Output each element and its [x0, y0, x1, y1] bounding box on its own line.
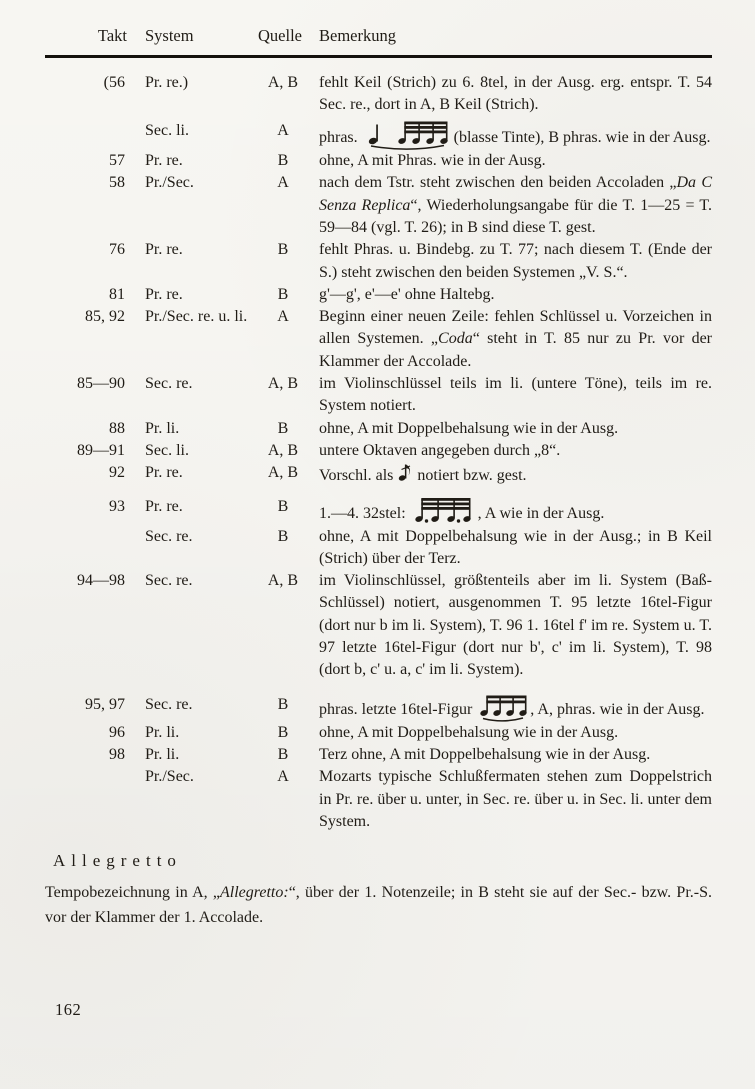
takt-cell: 85—90: [45, 373, 135, 418]
beamed-16ths-slur-figure: [478, 694, 528, 722]
system-cell: Pr. re.: [135, 462, 253, 487]
bemerkung-text: fehlt Phras. u. Bindebg. zu T. 77; nach …: [319, 241, 712, 280]
system-cell: Pr. re.: [135, 284, 253, 306]
takt-cell: 95, 97: [45, 694, 135, 722]
quelle-cell: B: [253, 150, 313, 172]
table-row: 95, 97Sec. re.Bphras. letzte 16tel-Figur…: [45, 694, 712, 722]
column-header-takt: Takt: [45, 26, 135, 46]
bemerkung-text: ohne, A mit Doppelbehalsung wie in der A…: [319, 528, 712, 567]
bemerkung-text: Terz ohne, A mit Doppelbehalsung wie in …: [319, 746, 650, 763]
quelle-cell: A, B: [253, 440, 313, 462]
system-cell: Pr. li.: [135, 722, 253, 744]
table-row: 76Pr. re.Bfehlt Phras. u. Bindebg. zu T.…: [45, 239, 712, 284]
system-cell: Pr./Sec.: [135, 766, 253, 833]
takt-cell: 93: [45, 496, 135, 526]
bemerkung-text: phras.: [319, 129, 362, 146]
table-row: 93Pr. re.B1.—4. 32stel: , A wie in der A…: [45, 496, 712, 526]
system-cell: Sec. re.: [135, 570, 253, 681]
bemerkung-cell: Vorschl. als notiert bzw. gest.: [313, 462, 712, 487]
bemerkung-cell: im Violinschlüssel, größtenteils aber im…: [313, 570, 712, 681]
header-rule: [45, 55, 712, 58]
takt-cell: 89—91: [45, 440, 135, 462]
column-header-bemerkung: Bemerkung: [313, 26, 712, 46]
quelle-cell: B: [253, 722, 313, 744]
bemerkung-text: im Violinschlüssel, größtenteils aber im…: [319, 572, 712, 678]
bemerkung-cell: g'—g', e'—e' ohne Haltebg.: [313, 284, 712, 306]
bemerkung-cell: Beginn einer neuen Zeile: fehlen Schlüss…: [313, 306, 712, 373]
system-cell: Pr./Sec. re. u. li.: [135, 306, 253, 373]
section-heading-allegretto: Allegretto: [53, 850, 712, 872]
quelle-cell: A: [253, 306, 313, 373]
bemerkung-text: Vorschl. als: [319, 467, 397, 484]
quelle-cell: A, B: [253, 373, 313, 418]
takt-cell: 96: [45, 722, 135, 744]
table-row: 81Pr. re.Bg'—g', e'—e' ohne Haltebg.: [45, 284, 712, 306]
system-cell: Pr./Sec.: [135, 172, 253, 239]
bemerkung-text: notiert bzw. gest.: [413, 467, 526, 484]
system-cell: Pr. li.: [135, 744, 253, 766]
bemerkung-cell: fehlt Phras. u. Bindebg. zu T. 77; nach …: [313, 239, 712, 284]
takt-cell: 94—98: [45, 570, 135, 681]
bemerkung-text: nach dem Tstr. steht zwischen den beiden…: [319, 174, 677, 191]
bemerkung-cell: 1.—4. 32stel: , A wie in der Ausg.: [313, 496, 712, 526]
bemerkung-cell: ohne, A mit Doppelbehalsung wie in der A…: [313, 526, 712, 571]
bemerkung-cell: untere Oktaven angegeben durch „8“.: [313, 440, 712, 462]
system-cell: Sec. re.: [135, 526, 253, 571]
bemerkung-text: untere Oktaven angegeben durch „8“.: [319, 442, 560, 459]
eighth-note-figure: [398, 462, 412, 482]
takt-cell: 76: [45, 239, 135, 284]
table-row: Pr./Sec.AMozarts typische Schlußfermaten…: [45, 766, 712, 833]
quelle-cell: B: [253, 496, 313, 526]
table-header-row: Takt System Quelle Bemerkung: [45, 26, 712, 46]
bemerkung-text: , A wie in der Ausg.: [478, 505, 605, 522]
table-body: (56Pr. re.)A, Bfehlt Keil (Strich) zu 6.…: [45, 72, 712, 834]
bemerkung-cell: im Violinschlüssel teils im li. (untere …: [313, 373, 712, 418]
quelle-cell: A: [253, 120, 313, 150]
system-cell: Pr. re.): [135, 72, 253, 117]
table-row: 57Pr. re.Bohne, A mit Phras. wie in der …: [45, 150, 712, 172]
takt-cell: [45, 526, 135, 571]
system-cell: Pr. re.: [135, 496, 253, 526]
table-row: 58Pr./Sec.Anach dem Tstr. steht zwischen…: [45, 172, 712, 239]
table-row: 89—91Sec. li.A, Buntere Oktaven angegebe…: [45, 440, 712, 462]
quarter-note-with-beamed-32nds-slur-figure: [364, 120, 448, 150]
system-cell: Sec. re.: [135, 373, 253, 418]
takt-cell: 58: [45, 172, 135, 239]
bemerkung-text: ohne, A mit Doppelbehalsung wie in der A…: [319, 724, 618, 741]
system-cell: Sec. li.: [135, 440, 253, 462]
quelle-cell: B: [253, 239, 313, 284]
system-cell: Pr. re.: [135, 239, 253, 284]
column-header-system: System: [135, 26, 253, 46]
bemerkung-italic-text: Allegretto:: [220, 884, 289, 901]
quelle-cell: A: [253, 172, 313, 239]
quelle-cell: B: [253, 284, 313, 306]
bemerkung-cell: Terz ohne, A mit Doppelbehalsung wie in …: [313, 744, 712, 766]
bemerkung-text: im Violinschlüssel teils im li. (untere …: [319, 375, 712, 414]
bemerkung-text: phras. letzte 16tel-Figur: [319, 701, 476, 718]
quelle-cell: B: [253, 418, 313, 440]
bemerkung-cell: Mozarts typische Schlußfermaten stehen z…: [313, 766, 712, 833]
bemerkung-cell: nach dem Tstr. steht zwischen den beiden…: [313, 172, 712, 239]
takt-cell: 92: [45, 462, 135, 487]
allegretto-paragraph: Tempobezeichnung in A, „Allegretto:“, üb…: [45, 880, 712, 930]
quelle-cell: A, B: [253, 570, 313, 681]
takt-cell: (56: [45, 72, 135, 117]
bemerkung-cell: phras. (blasse Tinte), B phras. wie in d…: [313, 120, 712, 150]
scanned-book-page: Takt System Quelle Bemerkung (56Pr. re.)…: [0, 0, 755, 930]
bemerkung-cell: fehlt Keil (Strich) zu 6. 8tel, in der A…: [313, 72, 712, 117]
system-cell: Pr. re.: [135, 150, 253, 172]
bemerkung-text: fehlt Keil (Strich) zu 6. 8tel, in der A…: [319, 74, 712, 113]
quelle-cell: B: [253, 694, 313, 722]
table-row: Sec. re.Bohne, A mit Doppelbehalsung wie…: [45, 526, 712, 571]
bemerkung-text: (blasse Tinte), B phras. wie in der Ausg…: [450, 129, 711, 146]
dotted-32nds-beamed-figure: [412, 496, 476, 526]
bemerkung-text: g'—g', e'—e' ohne Haltebg.: [319, 286, 494, 303]
quelle-cell: B: [253, 744, 313, 766]
table-row: 98Pr. li.BTerz ohne, A mit Doppelbehalsu…: [45, 744, 712, 766]
bemerkung-cell: ohne, A mit Doppelbehalsung wie in der A…: [313, 418, 712, 440]
table-row: 96Pr. li.Bohne, A mit Doppelbehalsung wi…: [45, 722, 712, 744]
table-row: 88Pr. li.Bohne, A mit Doppelbehalsung wi…: [45, 418, 712, 440]
bemerkung-cell: ohne, A mit Phras. wie in der Ausg.: [313, 150, 712, 172]
column-header-quelle: Quelle: [253, 26, 313, 46]
takt-cell: 98: [45, 744, 135, 766]
page-number: 162: [55, 1000, 81, 1020]
quelle-cell: B: [253, 526, 313, 571]
bemerkung-italic-text: Coda: [438, 330, 473, 347]
system-cell: Pr. li.: [135, 418, 253, 440]
quelle-cell: A, B: [253, 72, 313, 117]
quelle-cell: A: [253, 766, 313, 833]
takt-cell: [45, 766, 135, 833]
table-row: 85, 92Pr./Sec. re. u. li.ABeginn einer n…: [45, 306, 712, 373]
bemerkung-text: ohne, A mit Phras. wie in der Ausg.: [319, 152, 546, 169]
bemerkung-cell: ohne, A mit Doppelbehalsung wie in der A…: [313, 722, 712, 744]
takt-cell: 85, 92: [45, 306, 135, 373]
quelle-cell: A, B: [253, 462, 313, 487]
bemerkung-text: , A, phras. wie in der Ausg.: [530, 701, 704, 718]
table-row: (56Pr. re.)A, Bfehlt Keil (Strich) zu 6.…: [45, 72, 712, 117]
takt-cell: [45, 120, 135, 150]
bemerkung-text: ohne, A mit Doppelbehalsung wie in der A…: [319, 420, 618, 437]
table-row: 94—98Sec. re.A, Bim Violinschlüssel, grö…: [45, 570, 712, 681]
table-row: 92Pr. re.A, BVorschl. als notiert bzw. g…: [45, 462, 712, 487]
takt-cell: 81: [45, 284, 135, 306]
takt-cell: 57: [45, 150, 135, 172]
bemerkung-text: 1.—4. 32stel:: [319, 505, 410, 522]
bemerkung-cell: phras. letzte 16tel-Figur , A, phras. wi…: [313, 694, 712, 722]
system-cell: Sec. li.: [135, 120, 253, 150]
takt-cell: 88: [45, 418, 135, 440]
table-row: Sec. li.Aphras. (blasse Tinte), B phras.…: [45, 120, 712, 150]
bemerkung-text: Mozarts typische Schlußfermaten stehen z…: [319, 768, 712, 830]
table-row: 85—90Sec. re.A, Bim Violinschlüssel teil…: [45, 373, 712, 418]
system-cell: Sec. re.: [135, 694, 253, 722]
bemerkung-text: Tempobezeichnung in A, „: [45, 884, 220, 901]
